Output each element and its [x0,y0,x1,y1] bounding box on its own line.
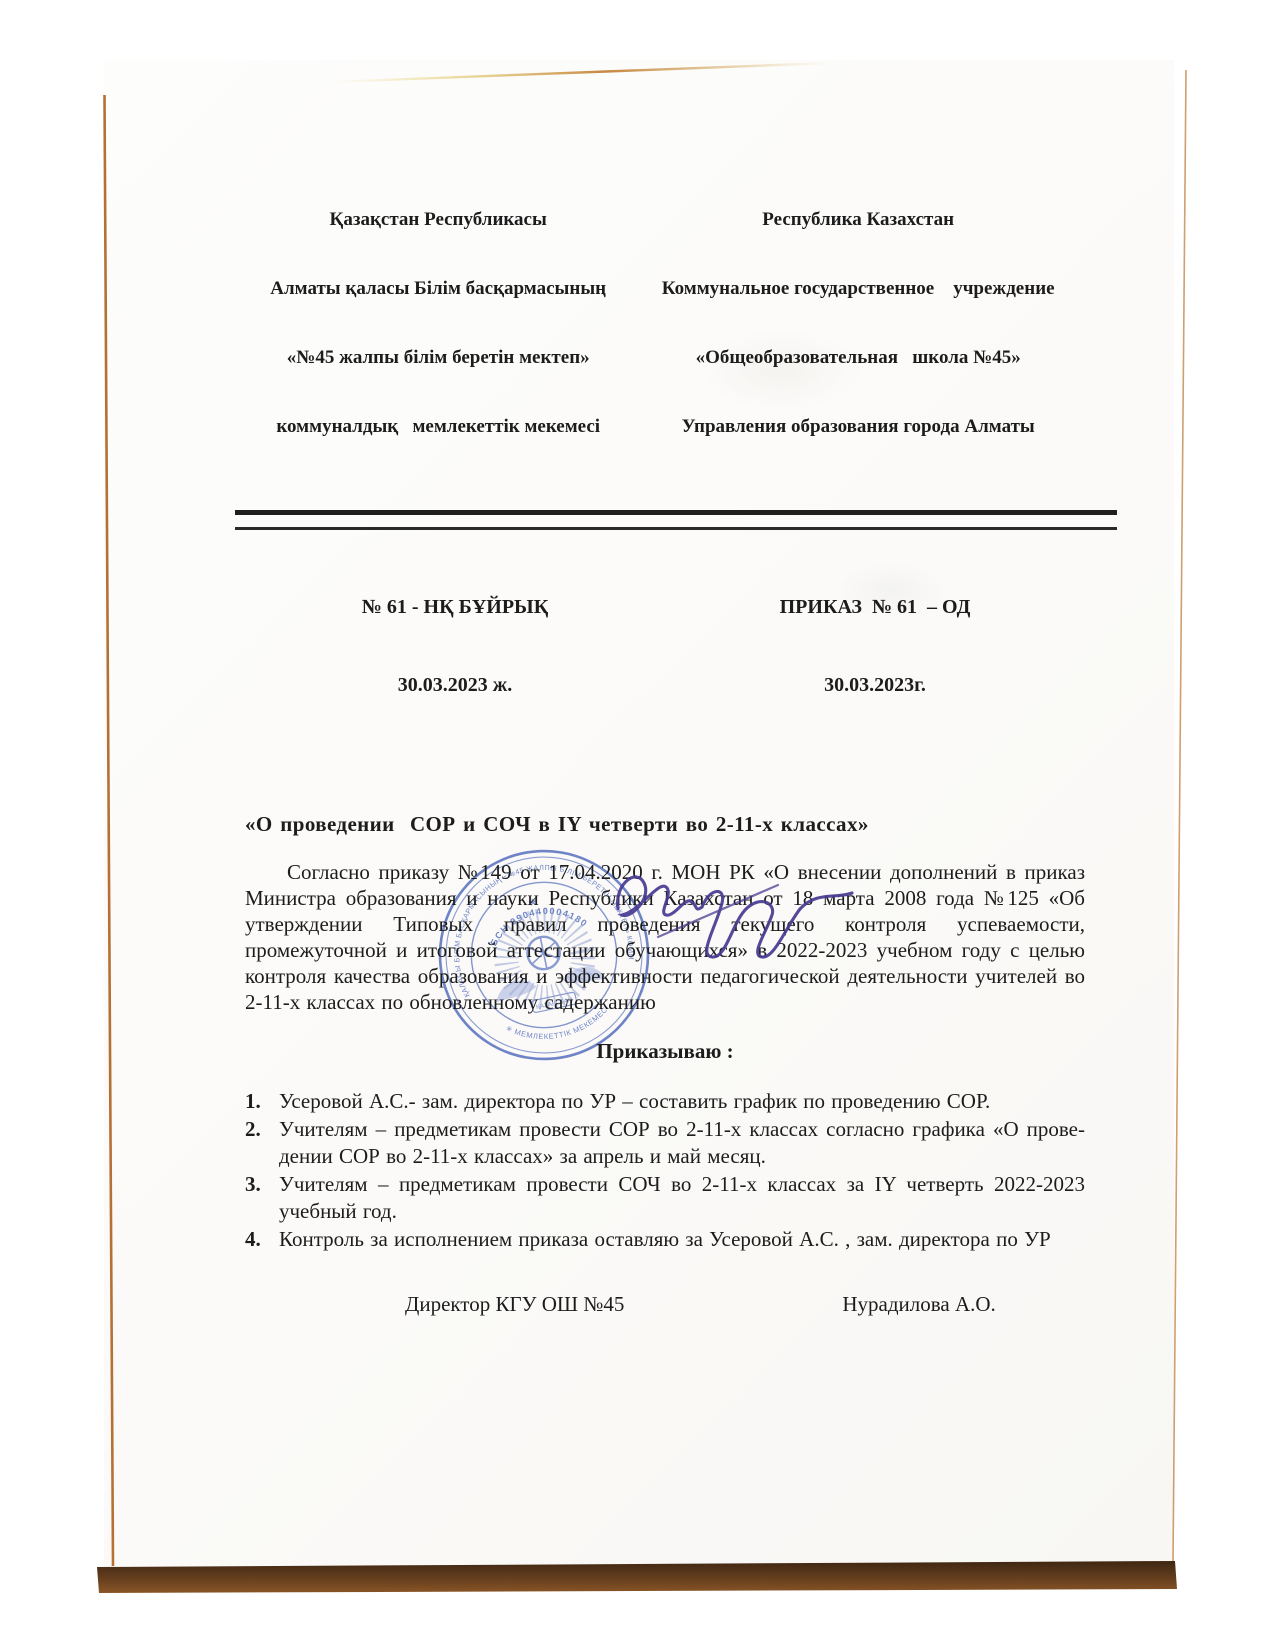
list-item: 4. Контроль за исполнением приказа остав… [245,1226,1085,1253]
letterhead-russian: Республика Казахстан Коммунальное госуда… [631,162,1085,484]
letterhead-line: «Общеобразовательная школа №45» [631,346,1085,369]
order-number-russian: ПРИКАЗ № 61 – ОД 30.03.2023г. [665,542,1085,750]
list-item: 1. Усеровой А.С.- зам. директора по УР –… [245,1088,1085,1115]
letterhead-line: Республика Казахстан [631,208,1085,231]
resolution-heading: Приказываю : [245,1039,1085,1064]
list-item-number: 1. [245,1088,279,1115]
signer-title: Директор КГУ ОШ №45 [405,1292,624,1316]
list-item-text: Учителям – предметикам провести СОР во 2… [279,1116,1085,1170]
order-number-title: ПРИКАЗ № 61 – ОД [665,594,1085,620]
list-item-number: 4. [245,1226,279,1253]
letterhead-kazakh: Қазақстан Республикасы Алматы қаласы Біл… [245,162,631,484]
document-content: Қазақстан Республикасы Алматы қаласы Біл… [170,0,1130,1317]
order-items-list: 1. Усеровой А.С.- зам. директора по УР –… [245,1088,1085,1253]
letterhead-line: Управления образования города Алматы [631,415,1085,438]
order-number-block: № 61 - НҚ БҰЙРЫҚ 30.03.2023 ж. ПРИКАЗ № … [245,542,1085,750]
letterhead-line: Қазақстан Республикасы [245,208,631,231]
order-number-title: № 61 - НҚ БҰЙРЫҚ [245,594,665,620]
letterhead-divider-rule [235,510,1117,530]
list-item-text: Учителям – предметикам провести СОЧ во 2… [279,1171,1085,1225]
list-item: 3. Учителям – предметикам провести СОЧ в… [245,1171,1085,1225]
list-item-number: 3. [245,1171,279,1225]
order-date: 30.03.2023 ж. [245,672,665,698]
letterhead: Қазақстан Республикасы Алматы қаласы Біл… [245,162,1085,484]
handwritten-signature [600,845,880,980]
list-item-text: Усеровой А.С.- зам. директора по УР – со… [279,1088,1085,1115]
list-item-number: 2. [245,1116,279,1170]
signer-name: Нурадилова А.О. [842,1292,995,1316]
letterhead-line: коммуналдық мемлекеттік мекемесі [245,415,631,438]
signature-block: Директор КГУ ОШ №45Нурадилова А.О. [245,1291,1085,1317]
letterhead-line: Алматы қаласы Білім басқармасының [245,277,631,300]
list-item-text: Контроль за исполнением приказа оставляю… [279,1226,1085,1253]
order-subject: «О проведении СОР и СОЧ в IY четверти во… [245,812,1085,837]
letterhead-line: Коммунальное государственное учреждение [631,277,1085,300]
letterhead-line: «№45 жалпы білім беретін мектеп» [245,346,631,369]
list-item: 2. Учителям – предметикам провести СОР в… [245,1116,1085,1170]
order-number-kazakh: № 61 - НҚ БҰЙРЫҚ 30.03.2023 ж. [245,542,665,750]
paper-right-edge [1173,70,1186,1564]
scanned-order-document: Қазақстан Республикасы Алматы қаласы Біл… [0,0,1275,1650]
order-date: 30.03.2023г. [665,672,1085,698]
